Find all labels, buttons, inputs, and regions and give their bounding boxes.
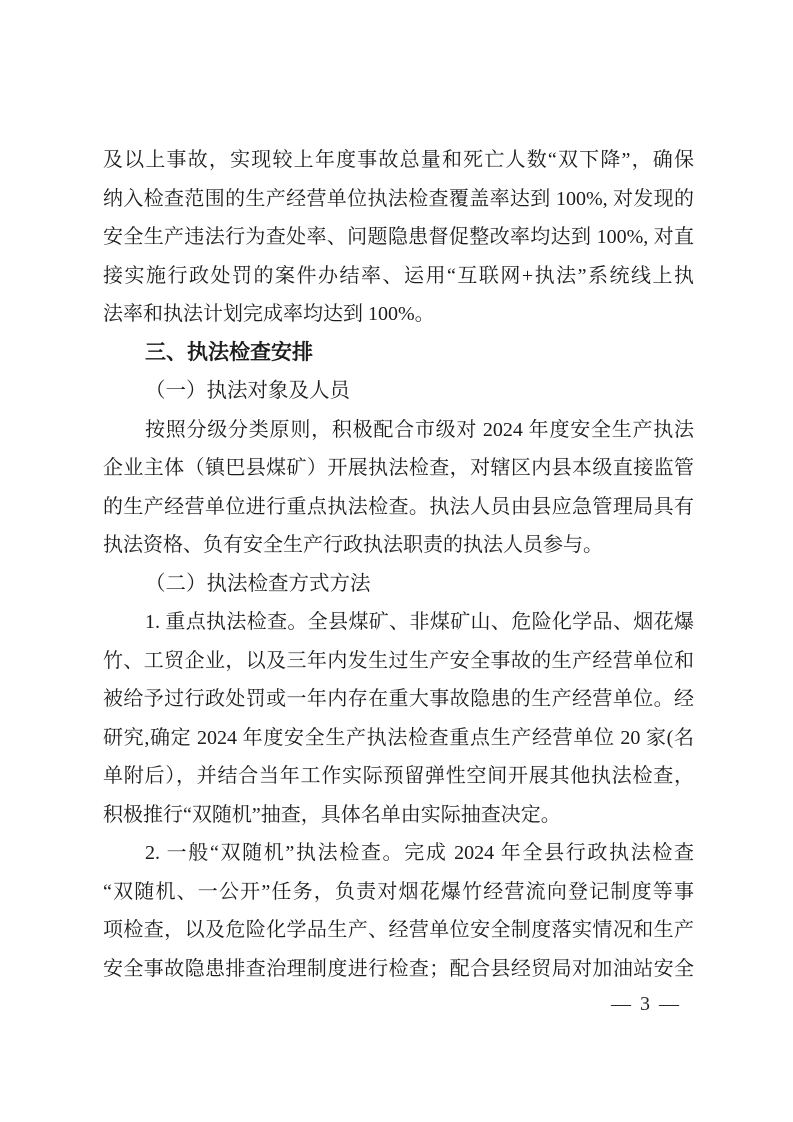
document-lines: 及以上事故，实现较上年度事故总量和死亡人数“双下降”，确保纳入检查范围的生产经营…	[103, 141, 694, 988]
body-line: 执法资格、负有安全生产行政执法职责的执法人员参与。	[103, 526, 694, 565]
document-page: 及以上事故，实现较上年度事故总量和死亡人数“双下降”，确保纳入检查范围的生产经营…	[0, 0, 793, 1122]
body-line: 的生产经营单位进行重点执法检查。执法人员由县应急管理局具有	[103, 488, 694, 527]
body-line: 积极推行“双随机”抽查，具体名单由实际抽查决定。	[103, 796, 694, 835]
body-line: 企业主体（镇巴县煤矿）开展执法检查，对辖区内县本级直接监管	[103, 449, 694, 488]
body-line: 及以上事故，实现较上年度事故总量和死亡人数“双下降”，确保	[103, 141, 694, 180]
body-line: 单附后），并结合当年工作实际预留弹性空间开展其他执法检查，	[103, 757, 694, 796]
page-number: — 3 —	[611, 991, 681, 1017]
body-line: 按照分级分类原则，积极配合市级对 2024 年度安全生产执法	[103, 411, 694, 450]
body-line: 安全生产违法行为查处率、问题隐患督促整改率均达到 100%, 对直	[103, 218, 694, 257]
body-line: 竹、工贸企业，以及三年内发生过生产安全事故的生产经营单位和	[103, 642, 694, 681]
body-line: 接实施行政处罚的案件办结率、运用“互联网+执法”系统线上执	[103, 257, 694, 296]
body-line: 研究,确定 2024 年度安全生产执法检查重点生产经营单位 20 家(名	[103, 719, 694, 758]
body-line: 1. 重点执法检查。全县煤矿、非煤矿山、危险化学品、烟花爆	[103, 603, 694, 642]
body-line: 纳入检查范围的生产经营单位执法检查覆盖率达到 100%, 对发现的	[103, 180, 694, 219]
body-line: 2. 一般“双随机”执法检查。完成 2024 年全县行政执法检查	[103, 834, 694, 873]
body-line: 法率和执法计划完成率均达到 100%。	[103, 295, 694, 334]
body-line: 安全事故隐患排查治理制度进行检查；配合县经贸局对加油站安全	[103, 950, 694, 989]
section-heading: 三、执法检查安排	[103, 334, 694, 373]
body-line: “双随机、一公开”任务，负责对烟花爆竹经营流向登记制度等事	[103, 873, 694, 912]
subsection-heading: （二）执法检查方式方法	[103, 565, 694, 604]
body-line: 项检查，以及危险化学品生产、经营单位安全制度落实情况和生产	[103, 911, 694, 950]
subsection-heading: （一）执法对象及人员	[103, 372, 694, 411]
body-line: 被给予过行政处罚或一年内存在重大事故隐患的生产经营单位。经	[103, 680, 694, 719]
